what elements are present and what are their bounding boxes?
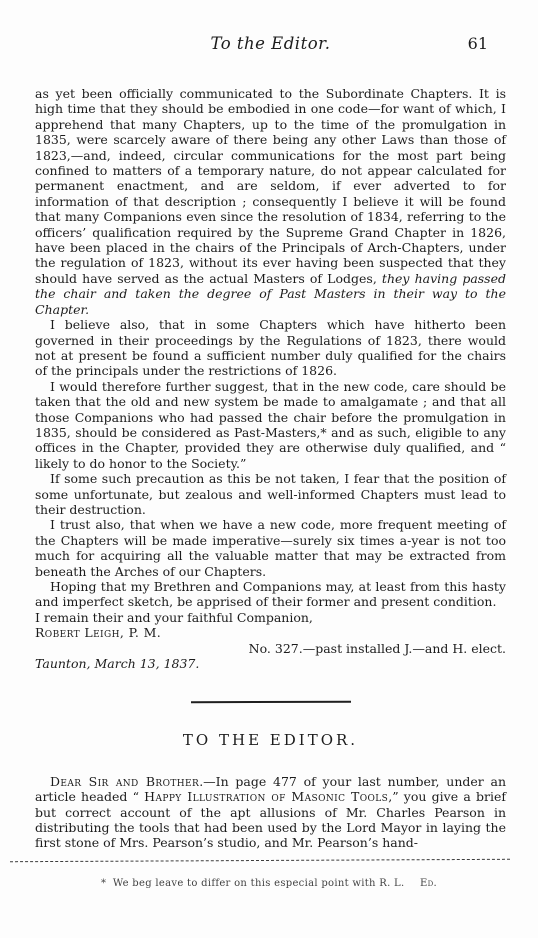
footnote-text: We beg leave to differ on this especial … <box>113 878 405 889</box>
scanned-page: To the Editor. 61 as yet been officially… <box>0 0 538 938</box>
page-footer: * We beg leave to differ on this especia… <box>0 860 538 891</box>
text-segment-smallcaps: Dear Sir and Brother <box>50 774 199 789</box>
paragraph: If some such precaution as this be not t… <box>35 471 506 517</box>
footnote: * We beg leave to differ on this especia… <box>0 876 538 891</box>
running-title: To the Editor. <box>35 36 506 51</box>
text-segment-normal: I trust also, that when we have a new co… <box>35 517 506 578</box>
dateline: Taunton, March 13, 1837. <box>35 656 506 671</box>
paragraph: I trust also, that when we have a new co… <box>35 517 506 579</box>
text-segment-normal: I believe also, that in some Chapters wh… <box>35 317 506 378</box>
paragraph: as yet been officially communicated to t… <box>35 86 506 317</box>
paragraph: Hoping that my Brethren and Companions m… <box>35 579 506 610</box>
page-number: 61 <box>468 36 488 51</box>
letter-2-body: Dear Sir and Brother.—In page 477 of you… <box>35 774 506 851</box>
section-divider-rule <box>190 701 350 704</box>
letter-1-closing: I remain their and your faithful Compani… <box>35 610 506 672</box>
signature-office-line: No. 327.—past installed J.—and H. elect. <box>35 641 506 656</box>
letter-2-heading: TO THE EDITOR. <box>35 733 506 748</box>
letter-1: as yet been officially communicated to t… <box>35 86 506 671</box>
paragraph: Dear Sir and Brother.—In page 477 of you… <box>35 774 506 851</box>
footnote-marker: * <box>101 878 106 889</box>
text-segment-normal: as yet been officially communicated to t… <box>35 86 506 286</box>
closing-salutation: I remain their and your faithful Compani… <box>35 610 506 625</box>
letter-2: TO THE EDITOR. Dear Sir and Brother.—In … <box>35 733 506 850</box>
text-segment-normal: If some such precaution as this be not t… <box>35 471 506 517</box>
footnote-rule <box>10 859 510 862</box>
text-segment-normal: I would therefore further suggest, that … <box>35 379 506 471</box>
page-header: To the Editor. 61 <box>35 0 506 60</box>
paragraph: I would therefore further suggest, that … <box>35 379 506 471</box>
signature-name: Robert Leigh, P. M. <box>35 625 506 640</box>
paragraph: I believe also, that in some Chapters wh… <box>35 317 506 379</box>
text-segment-smallcaps: Happy Illustration of Masonic Tools <box>144 789 388 804</box>
text-segment-normal: Hoping that my Brethren and Companions m… <box>35 579 506 609</box>
footnote-editor-signature: Ed. <box>420 878 437 889</box>
letter-1-body: as yet been officially communicated to t… <box>35 86 506 610</box>
